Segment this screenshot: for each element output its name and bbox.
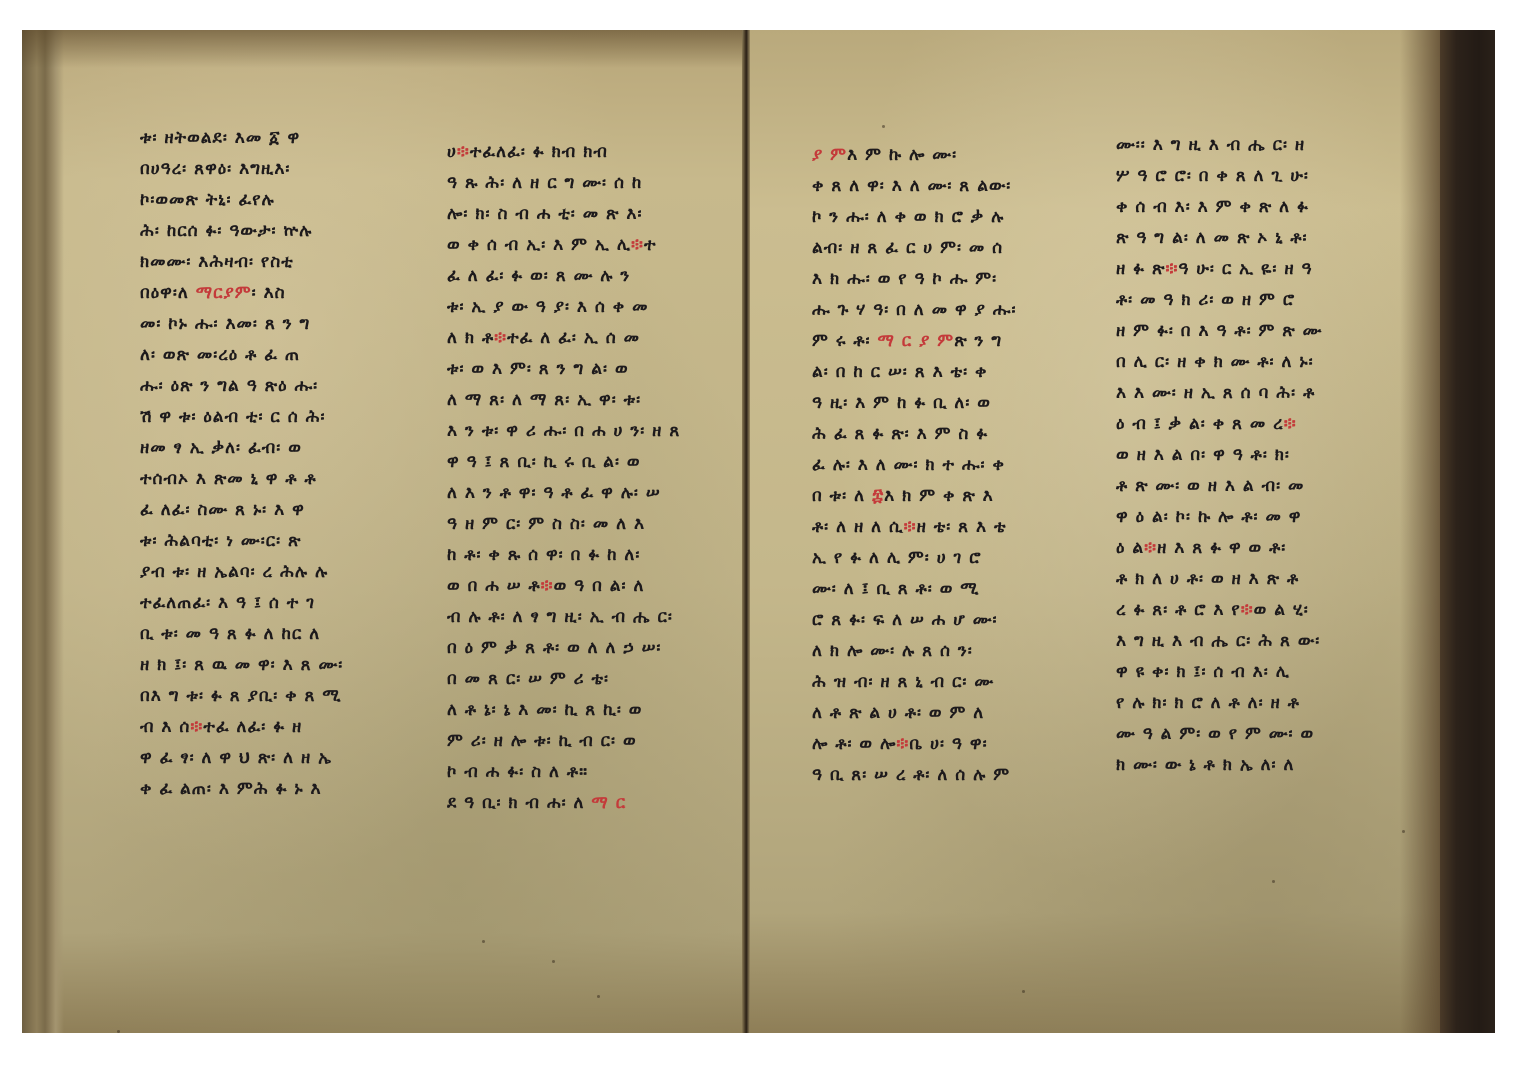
script-text: ሕ፡ ከርሰ ፉ፡ ዓውታ፡ ኵሉ [140, 221, 312, 241]
script-text: ቶ ክ ለ ሀ ቶ፡ ወ ዘ እ ጽ ቶ [1116, 569, 1299, 589]
script-text: ፈ ለ ፈ፡ ፉ ወ፡ ጸ ሙ ሉ ን [447, 266, 630, 286]
script-text: ዘ ክ ፤፡ ጸ ዉ መ ዋ፡ እ ጸ ሙ፡ [140, 655, 343, 675]
manuscript-line: ጽ ዓ ግ ል፡ ለ መ ጽ ኦ ኒ ቶ፡ [1116, 223, 1386, 254]
parchment-speck [1022, 990, 1025, 993]
manuscript-line: ዘ ክ ፤፡ ጸ ዉ መ ዋ፡ እ ጸ ሙ፡ [140, 650, 390, 681]
manuscript-line: ቶ፡ መ ዓ ክ ሪ፡ ወ ዘ ም ሮ [1116, 285, 1386, 316]
manuscript-line: ቱ፡ ወ እ ም፡ ጸ ን ግ ል፡ ወ [447, 354, 717, 385]
manuscript-line: ለ ቶ ጽ ል ሀ ቶ፡ ወ ም ለ [812, 698, 1062, 729]
script-text: ሙ ዓ ል ም፡ ወ የ ም ሙ፡ ወ [1116, 724, 1314, 744]
rubric-text: ፨ [896, 734, 909, 754]
script-text: ጽ ዓ ግ ል፡ ለ መ ጽ ኦ ኒ ቶ፡ [1116, 228, 1308, 248]
script-text: ም ሩ ቶ፡ [812, 331, 878, 351]
script-text: ሙ፡ ለ ፤ ቢ ጸ ቶ፡ ወ ሚ [812, 579, 979, 599]
script-text: ብ እ ሰ [140, 717, 190, 737]
script-text: ወ ል ሂ፡ [1254, 600, 1309, 620]
script-text: ዓ ሁ፡ ር ኢ ዬ፡ ዘ ዓ [1178, 259, 1312, 279]
manuscript-line: ለ ቶ ኔ፡ ኔ እ መ፡ ኪ ጸ ኪ፡ ወ [447, 695, 717, 726]
rubric-text: ፨ [1165, 259, 1178, 279]
manuscript-line: ዓ ዘ ም ር፡ ም ስ ስ፡ መ ለ እ [447, 509, 717, 540]
manuscript-line: ኮ፡ወመጽ ትኒ፡ ፈየሉ [140, 185, 390, 216]
script-text: ሑ ጉ ሃ ዓ፡ በ ለ መ ዋ ያ ሑ፡ [812, 300, 1016, 320]
script-text: ዘ ፉ ጽ [1116, 259, 1165, 279]
manuscript-line: ያ ምእ ም ኩ ሎ ሙ፡ [812, 140, 1062, 171]
script-text: ዓ ቢ ጸ፡ ሠ ረ ቶ፡ ለ ሰ ሉ ም [812, 765, 1010, 785]
parchment-speck [1272, 880, 1275, 883]
script-text: ዘ ቴ፡ ጸ እ ቴ [917, 517, 1007, 537]
manuscript-line: ወ ዘ እ ል በ፡ ዋ ዓ ቶ፡ ክ፡ [1116, 440, 1386, 471]
script-text: ዋ ዓ ፤ ጸ ቢ፡ ኪ ሩ ቢ ል፡ ወ [447, 452, 641, 472]
manuscript-line: ዘ ፉ ጽ፨ዓ ሁ፡ ር ኢ ዬ፡ ዘ ዓ [1116, 254, 1386, 285]
script-text: እ ግ ዚ እ ብ ሔ ር፡ ሕ ጸ ው፡ [1116, 631, 1320, 651]
manuscript-line: ቶ ጽ ሙ፡ ወ ዘ እ ል ብ፡ መ [1116, 471, 1386, 502]
manuscript-photo: ቱ፡ ዘትወልደ፡ እመ ፩ ዋበሀዓረ፡ ጸዋዕ፡ እግዚእ፡ኮ፡ወመጽ ትኒ… [22, 30, 1495, 1033]
manuscript-line: ዋ ዩ ቀ፡ ክ ፤፡ ሰ ብ እ፡ ሊ [1116, 657, 1386, 688]
script-text: ሮ ጸ ፉ፡ ፍ ለ ሠ ሐ ሆ ሙ፡ [812, 610, 998, 630]
parchment-speck [117, 1030, 120, 1033]
manuscript-line: መ፡ ኮኑ ሑ፡ እመ፡ ጸ ን ግ [140, 309, 390, 340]
script-text: ለ እ ን ቶ ዋ፡ ዓ ቶ ፈ ዋ ሉ፡ ሠ [447, 483, 661, 503]
right-page-column-1: ያ ምእ ም ኩ ሎ ሙ፡ቀ ጸ ለ ዋ፡ እ ለ ሙ፡ ጸ ልው፡ኮ ን ሑ፡… [812, 140, 1062, 791]
script-text: ክመሙ፡ እሕዛብ፡ የስቲ [140, 252, 294, 272]
script-text: እ ን ቱ፡ ዋ ሪ ሑ፡ በ ሐ ሀ ን፡ ዘ ጸ [447, 421, 680, 441]
script-text: ተሰብኦ እ ጽመ ኒ ዋ ቶ ቶ [140, 469, 317, 489]
rubric-text: ያ ም [812, 145, 847, 165]
script-text: በ ሊ ር፡ ዘ ቀ ክ ሙ ቶ፡ ለ ኑ፡ [1116, 352, 1314, 372]
parchment-speck [482, 940, 485, 943]
script-text: ለ ማ ጸ፡ ለ ማ ጸ፡ ኢ ዋ፡ ቱ፡ [447, 390, 641, 410]
script-text: ለ ቶ ጽ ል ሀ ቶ፡ ወ ም ለ [812, 703, 984, 723]
script-text: ዕ ል [1116, 538, 1144, 558]
script-text: ተፈ ለ ፈ፡ ኢ ሰ መ [507, 328, 640, 348]
script-text: ሕ ዝ ብ፡ ዘ ጸ ኒ ብ ር፡ ሙ [812, 672, 994, 692]
manuscript-line: ደ ዓ ቢ፡ ክ ብ ሐ፡ ለ ማ ር [447, 788, 717, 819]
manuscript-line: ቀ ሰ ብ እ፡ እ ም ቀ ጽ ለ ፉ [1116, 192, 1386, 223]
manuscript-line: ዘመ ፃ ኢ ቃለ፡ ፈብ፡ ወ [140, 433, 390, 464]
rubric-text: ማ ር [591, 793, 626, 813]
script-text: ኢ የ ፉ ለ ሊ ም፡ ሀ ገ ሮ [812, 548, 982, 568]
script-text: ለ፡ ወጽ መ፡ረዕ ቶ ፈ ጠ [140, 345, 300, 365]
manuscript-line: ለ ክ ቶ፨ተፈ ለ ፈ፡ ኢ ሰ መ [447, 323, 717, 354]
manuscript-line: ተሰብኦ እ ጽመ ኒ ዋ ቶ ቶ [140, 464, 390, 495]
manuscript-line: ሙ ዓ ል ም፡ ወ የ ም ሙ፡ ወ [1116, 719, 1386, 750]
script-text: ረ ፉ ጸ፡ ቶ ሮ እ የ [1116, 600, 1241, 620]
manuscript-line: ም ሩ ቶ፡ ማ ር ያ ምጽ ን ግ [812, 326, 1062, 357]
script-text: ዘመ ፃ ኢ ቃለ፡ ፈብ፡ ወ [140, 438, 302, 458]
manuscript-line: ሑ ጉ ሃ ዓ፡ በ ለ መ ዋ ያ ሑ፡ [812, 295, 1062, 326]
script-text: ለ ክ ሎ ሙ፡ ሉ ጸ ሰ ን፡ [812, 641, 973, 661]
manuscript-line: ዓ ቢ ጸ፡ ሠ ረ ቶ፡ ለ ሰ ሉ ም [812, 760, 1062, 791]
script-text: ለ ቶ ኔ፡ ኔ እ መ፡ ኪ ጸ ኪ፡ ወ [447, 700, 642, 720]
rubric-text: ማርያም [196, 283, 252, 303]
parchment-speck [882, 125, 885, 128]
script-text: ሦ ዓ ሮ ሮ፡ በ ቀ ጸ ለ ጊ ሁ፡ [1116, 166, 1309, 186]
script-text: ቤ ሀ፡ ዓ ዋ፡ [909, 734, 987, 754]
script-text: ቶ፡ መ ዓ ክ ሪ፡ ወ ዘ ም ሮ [1116, 290, 1295, 310]
parchment-speck [1402, 830, 1405, 833]
manuscript-line: ሀ፨ተፈለፈ፡ ፉ ክብ ክብ [447, 137, 717, 168]
script-text: ቀ ጸ ለ ዋ፡ እ ለ ሙ፡ ጸ ልው፡ [812, 176, 1011, 196]
script-text: ዕ ብ ፤ ቃ ል፡ ቀ ጸ መ ረ [1116, 414, 1284, 434]
manuscript-line: ኮ ን ሑ፡ ለ ቀ ወ ክ ሮ ቃ ሉ [812, 202, 1062, 233]
manuscript-line: ለ ክ ሎ ሙ፡ ሉ ጸ ሰ ን፡ [812, 636, 1062, 667]
rubric-text: ፨ [190, 717, 203, 737]
manuscript-line: ተፈለጠፈ፡ እ ዓ ፤ ሰ ተ ገ [140, 588, 390, 619]
script-text: ሑ፡ ዕጽ ን ግል ዓ ጽዕ ሑ፡ [140, 376, 318, 396]
script-text: ወ ቀ ሰ ብ ኢ፡ እ ም ኢ ሊ [447, 235, 631, 255]
script-text: ተፈለፈ፡ ፉ ክብ ክብ [470, 142, 608, 162]
script-text: ያብ ቱ፡ ዘ ኤልባ፡ ረ ሕሉ ሉ [140, 562, 328, 582]
manuscript-line: ዓ ጹ ሕ፡ ለ ዘ ር ግ ሙ፡ ሰ ከ [447, 168, 717, 199]
manuscript-line: እ ግ ዚ እ ብ ሔ ር፡ ሕ ጸ ው፡ [1116, 626, 1386, 657]
manuscript-line: ቀ ፈ ልጠ፡ እ ምሕ ፉ ኑ እ [140, 774, 390, 805]
manuscript-line: ለ ማ ጸ፡ ለ ማ ጸ፡ ኢ ዋ፡ ቱ፡ [447, 385, 717, 416]
rubric-text: ፨ [1144, 538, 1157, 558]
manuscript-line: ቢ ቱ፡ መ ዓ ጸ ፉ ለ ከር ለ [140, 619, 390, 650]
manuscript-line: ሑ፡ ዕጽ ን ግል ዓ ጽዕ ሑ፡ [140, 371, 390, 402]
script-text: እ ክ ም ቀ ጽ እ [884, 486, 994, 506]
manuscript-line: ቶ ክ ለ ሀ ቶ፡ ወ ዘ እ ጽ ቶ [1116, 564, 1386, 595]
manuscript-line: የ ሉ ክ፡ ክ ሮ ለ ቶ ለ፡ ዘ ቶ [1116, 688, 1386, 719]
script-text: ል፡ በ ከ ር ሠ፡ ጸ እ ቴ፡ ቀ [812, 362, 987, 382]
manuscript-line: ቱ፡ ኢ ያ ው ዓ ያ፡ እ ሰ ቀ መ [447, 292, 717, 323]
gutter-fold [742, 30, 750, 1033]
script-text: ቱ፡ ወ እ ም፡ ጸ ን ግ ል፡ ወ [447, 359, 629, 379]
rubric-text: ፨ [631, 235, 644, 255]
left-page-column-2: ሀ፨ተፈለፈ፡ ፉ ክብ ክብዓ ጹ ሕ፡ ለ ዘ ር ግ ሙ፡ ሰ ከሎ፡ ክ… [447, 137, 717, 819]
script-text: ኮ ብ ሐ ፉ፡ ስ ለ ቶ። [447, 762, 588, 782]
manuscript-line: ብ ሉ ቶ፡ ለ ፃ ግ ዚ፡ ኢ ብ ሔ ር፡ [447, 602, 717, 633]
manuscript-line: ቀ ጸ ለ ዋ፡ እ ለ ሙ፡ ጸ ልው፡ [812, 171, 1062, 202]
manuscript-line: ወ ቀ ሰ ብ ኢ፡ እ ም ኢ ሊ፨ተ [447, 230, 717, 261]
manuscript-line: ለ እ ን ቶ ዋ፡ ዓ ቶ ፈ ዋ ሉ፡ ሠ [447, 478, 717, 509]
manuscript-line: ዋ ዓ ፤ ጸ ቢ፡ ኪ ሩ ቢ ል፡ ወ [447, 447, 717, 478]
manuscript-line: ቱ፡ ዘትወልደ፡ እመ ፩ ዋ [140, 123, 390, 154]
script-text: ተፈ ለፈ፡ ፉ ዘ [203, 717, 302, 737]
right-page: 142 ያ ምእ ም ኩ ሎ ሙ፡ቀ ጸ ለ ዋ፡ እ ለ ሙ፡ ጸ ልው፡ኮ … [750, 30, 1440, 1033]
book-binding [1440, 30, 1495, 1033]
manuscript-line: ልብ፡ ዘ ጸ ፈ ር ሀ ም፡ መ ሰ [812, 233, 1062, 264]
script-text: ዋ ዩ ቀ፡ ክ ፤፡ ሰ ብ እ፡ ሊ [1116, 662, 1290, 682]
script-text: መ፡ ኮኑ ሑ፡ እመ፡ ጸ ን ግ [140, 314, 310, 334]
script-text: ፈ ሉ፡ እ ለ ሙ፡ ክ ተ ሑ፡ ቀ [812, 455, 1005, 475]
script-text: ልብ፡ ዘ ጸ ፈ ር ሀ ም፡ መ ሰ [812, 238, 1003, 258]
script-text: ኮ ን ሑ፡ ለ ቀ ወ ክ ሮ ቃ ሉ [812, 207, 1004, 227]
manuscript-line: ሕ ፈ ጸ ፉ ጽ፡ እ ም ስ ፉ [812, 419, 1062, 450]
rubric-text: ፨ [494, 328, 507, 348]
script-text: ዓ ዚ፡ እ ም ከ ፉ ቢ ለ፡ ወ [812, 393, 991, 413]
manuscript-line: ክ ሙ፡ ው ኔ ቶ ክ ኤ ለ፡ ለ [1116, 750, 1386, 781]
script-text: ቀ ፈ ልጠ፡ እ ምሕ ፉ ኑ እ [140, 779, 322, 799]
script-text: ዓ ዘ ም ር፡ ም ስ ስ፡ መ ለ እ [447, 514, 645, 534]
script-text: ዓ ጹ ሕ፡ ለ ዘ ር ግ ሙ፡ ሰ ከ [447, 173, 642, 193]
manuscript-line: እ እ ሙ፡ ዘ ኢ ጸ ሰ ባ ሕ፡ ቶ [1116, 378, 1386, 409]
parchment-speck [552, 960, 555, 963]
script-text: በእ ግ ቱ፡ ፉ ጸ ያቢ፡ ቀ ጸ ሚ [140, 686, 342, 706]
script-text: ዘ እ ጸ ፉ ዋ ወ ቶ፡ [1157, 538, 1286, 558]
script-text: ቱ፡ ሕልባቲ፡ ነ ሙ፡ር፡ ጽ [140, 531, 301, 551]
script-text: በ ዕ ም ቃ ጸ ቶ፡ ወ ለ ለ ኃ ሠ፡ [447, 638, 661, 658]
manuscript-line: ወ በ ሐ ሠ ቶ፨ወ ዓ በ ል፡ ለ [447, 571, 717, 602]
rubric-text: ፨ [457, 142, 470, 162]
manuscript-line: ሮ ጸ ፉ፡ ፍ ለ ሠ ሐ ሆ ሙ፡ [812, 605, 1062, 636]
script-text: እ እ ሙ፡ ዘ ኢ ጸ ሰ ባ ሕ፡ ቶ [1116, 383, 1315, 403]
script-text: እ ክ ሑ፡ ወ የ ዓ ኮ ሑ ም፡ [812, 269, 997, 289]
manuscript-line: ዓ ዚ፡ እ ም ከ ፉ ቢ ለ፡ ወ [812, 388, 1062, 419]
script-text: ወ ዘ እ ል በ፡ ዋ ዓ ቶ፡ ክ፡ [1116, 445, 1290, 465]
manuscript-line: በ ቱ፡ ለ ፰እ ክ ም ቀ ጽ እ [812, 481, 1062, 512]
manuscript-line: ዋ ፈ ፃ፡ ለ ዋ ህ ጽ፡ ለ ዘ ኤ [140, 743, 390, 774]
manuscript-line: ዘ ም ፉ፡ በ እ ዓ ቶ፡ ም ጽ ሙ [1116, 316, 1386, 347]
script-text: ከ ቶ፡ ቀ ጹ ሰ ዋ፡ በ ፉ ከ ለ፡ [447, 545, 640, 565]
script-text: ወ ዓ በ ል፡ ለ [554, 576, 645, 596]
script-text: ብ ሉ ቶ፡ ለ ፃ ግ ዚ፡ ኢ ብ ሔ ር፡ [447, 607, 673, 627]
manuscript-line: በዕዋ፡ለ ማርያም፡ እስ [140, 278, 390, 309]
rubric-text: ማ ር ያ ም [878, 331, 955, 351]
manuscript-line: ሕ ዝ ብ፡ ዘ ጸ ኒ ብ ር፡ ሙ [812, 667, 1062, 698]
manuscript-line: እ ን ቱ፡ ዋ ሪ ሑ፡ በ ሐ ሀ ን፡ ዘ ጸ [447, 416, 717, 447]
manuscript-line: ሙ፡ ለ ፤ ቢ ጸ ቶ፡ ወ ሚ [812, 574, 1062, 605]
manuscript-line: ሎ ቶ፡ ወ ሎ፨ቤ ሀ፡ ዓ ዋ፡ [812, 729, 1062, 760]
manuscript-line: ብ እ ሰ፨ተፈ ለፈ፡ ፉ ዘ [140, 712, 390, 743]
manuscript-line: ቱ፡ ሕልባቲ፡ ነ ሙ፡ር፡ ጽ [140, 526, 390, 557]
manuscript-line: ሦ ዓ ሮ ሮ፡ በ ቀ ጸ ለ ጊ ሁ፡ [1116, 161, 1386, 192]
script-text: ፡ እስ [252, 283, 286, 303]
manuscript-line: በ ዕ ም ቃ ጸ ቶ፡ ወ ለ ለ ኃ ሠ፡ [447, 633, 717, 664]
script-text: በ መ ጸ ር፡ ሠ ም ሪ ቴ፡ [447, 669, 609, 689]
manuscript-line: ፈ ሉ፡ እ ለ ሙ፡ ክ ተ ሑ፡ ቀ [812, 450, 1062, 481]
script-text: ለ ክ ቶ [447, 328, 494, 348]
rubric-text: ፰ [872, 486, 884, 506]
manuscript-line: ዕ ል፨ዘ እ ጸ ፉ ዋ ወ ቶ፡ [1116, 533, 1386, 564]
manuscript-line: ክመሙ፡ እሕዛብ፡ የስቲ [140, 247, 390, 278]
left-page-column-1: ቱ፡ ዘትወልደ፡ እመ ፩ ዋበሀዓረ፡ ጸዋዕ፡ እግዚእ፡ኮ፡ወመጽ ትኒ… [140, 123, 390, 805]
manuscript-line: ዕ ብ ፤ ቃ ል፡ ቀ ጸ መ ረ፨ [1116, 409, 1386, 440]
script-text: ክ ሙ፡ ው ኔ ቶ ክ ኤ ለ፡ ለ [1116, 755, 1294, 775]
script-text: ቶ ጽ ሙ፡ ወ ዘ እ ል ብ፡ መ [1116, 476, 1304, 496]
manuscript-line: ል፡ በ ከ ር ሠ፡ ጸ እ ቴ፡ ቀ [812, 357, 1062, 388]
manuscript-line: ም ሪ፡ ዘ ሎ ቱ፡ ኪ ብ ር፡ ወ [447, 726, 717, 757]
left-page: ቱ፡ ዘትወልደ፡ እመ ፩ ዋበሀዓረ፡ ጸዋዕ፡ እግዚእ፡ኮ፡ወመጽ ትኒ… [22, 30, 745, 1033]
manuscript-line: ቶ፡ ለ ዘ ለ ሲ፨ዘ ቴ፡ ጸ እ ቴ [812, 512, 1062, 543]
script-text: በዕዋ፡ለ [140, 283, 196, 303]
script-text: ደ ዓ ቢ፡ ክ ብ ሐ፡ ለ [447, 793, 591, 813]
script-text: ፈ ለፈ፡ ስሙ ጸ ኑ፡ እ ዋ [140, 500, 305, 520]
script-text: ቶ፡ ለ ዘ ለ ሲ [812, 517, 904, 537]
manuscript-line: ኮ ብ ሐ ፉ፡ ስ ለ ቶ። [447, 757, 717, 788]
script-text: ዘ ም ፉ፡ በ እ ዓ ቶ፡ ም ጽ ሙ [1116, 321, 1322, 341]
manuscript-line: በሀዓረ፡ ጸዋዕ፡ እግዚእ፡ [140, 154, 390, 185]
manuscript-line: ሽ ዋ ቱ፡ ዕልብ ቲ፡ ር ሰ ሕ፡ [140, 402, 390, 433]
script-text: ሙ፡፡ እ ግ ዚ እ ብ ሔ ር፡ ዘ [1116, 135, 1305, 155]
script-text: ሕ ፈ ጸ ፉ ጽ፡ እ ም ስ ፉ [812, 424, 988, 444]
manuscript-line: እ ክ ሑ፡ ወ የ ዓ ኮ ሑ ም፡ [812, 264, 1062, 295]
rubric-text: ፨ [1241, 600, 1254, 620]
manuscript-line: ያብ ቱ፡ ዘ ኤልባ፡ ረ ሕሉ ሉ [140, 557, 390, 588]
rubric-text: ፨ [1284, 414, 1297, 434]
manuscript-line: ለ፡ ወጽ መ፡ረዕ ቶ ፈ ጠ [140, 340, 390, 371]
script-text: ዋ ዕ ል፡ ኮ፡ ኩ ሎ ቶ፡ መ ዋ [1116, 507, 1301, 527]
script-text: ዋ ፈ ፃ፡ ለ ዋ ህ ጽ፡ ለ ዘ ኤ [140, 748, 332, 768]
manuscript-line: ረ ፉ ጸ፡ ቶ ሮ እ የ፨ወ ል ሂ፡ [1116, 595, 1386, 626]
script-text: ተፈለጠፈ፡ እ ዓ ፤ ሰ ተ ገ [140, 593, 315, 613]
manuscript-line: ከ ቶ፡ ቀ ጹ ሰ ዋ፡ በ ፉ ከ ለ፡ [447, 540, 717, 571]
manuscript-line: ሎ፡ ክ፡ ስ ብ ሐ ቲ፡ መ ጽ እ፡ [447, 199, 717, 230]
manuscript-line: በእ ግ ቱ፡ ፉ ጸ ያቢ፡ ቀ ጸ ሚ [140, 681, 390, 712]
script-text: ሎ፡ ክ፡ ስ ብ ሐ ቲ፡ መ ጽ እ፡ [447, 204, 642, 224]
script-text: ቢ ቱ፡ መ ዓ ጸ ፉ ለ ከር ለ [140, 624, 320, 644]
manuscript-line: ሕ፡ ከርሰ ፉ፡ ዓውታ፡ ኵሉ [140, 216, 390, 247]
script-text: በሀዓረ፡ ጸዋዕ፡ እግዚእ፡ [140, 159, 290, 179]
script-text: ሀ [447, 142, 457, 162]
script-text: እ ም ኩ ሎ ሙ፡ [847, 145, 957, 165]
manuscript-line: ፈ ለፈ፡ ስሙ ጸ ኑ፡ እ ዋ [140, 495, 390, 526]
script-text: ኮ፡ወመጽ ትኒ፡ ፈየሉ [140, 190, 275, 210]
manuscript-line: ዋ ዕ ል፡ ኮ፡ ኩ ሎ ቶ፡ መ ዋ [1116, 502, 1386, 533]
manuscript-line: ኢ የ ፉ ለ ሊ ም፡ ሀ ገ ሮ [812, 543, 1062, 574]
script-text: ሎ ቶ፡ ወ ሎ [812, 734, 896, 754]
script-text: ወ በ ሐ ሠ ቶ [447, 576, 541, 596]
parchment-speck [597, 995, 600, 998]
manuscript-line: ፈ ለ ፈ፡ ፉ ወ፡ ጸ ሙ ሉ ን [447, 261, 717, 292]
manuscript-line: ሙ፡፡ እ ግ ዚ እ ብ ሔ ር፡ ዘ [1116, 130, 1386, 161]
script-text: ተ [644, 235, 656, 255]
rubric-text: ፨ [904, 517, 917, 537]
script-text: ቀ ሰ ብ እ፡ እ ም ቀ ጽ ለ ፉ [1116, 197, 1309, 217]
manuscript-line: በ ሊ ር፡ ዘ ቀ ክ ሙ ቶ፡ ለ ኑ፡ [1116, 347, 1386, 378]
script-text: ቱ፡ ኢ ያ ው ዓ ያ፡ እ ሰ ቀ መ [447, 297, 648, 317]
rubric-text: ፨ [541, 576, 554, 596]
script-text: ቱ፡ ዘትወልደ፡ እመ ፩ ዋ [140, 128, 300, 148]
script-text: ጽ ን ግ [954, 331, 1002, 351]
script-text: ሽ ዋ ቱ፡ ዕልብ ቲ፡ ር ሰ ሕ፡ [140, 407, 326, 427]
right-page-column-2: ሙ፡፡ እ ግ ዚ እ ብ ሔ ር፡ ዘሦ ዓ ሮ ሮ፡ በ ቀ ጸ ለ ጊ ሁ… [1116, 130, 1386, 781]
manuscript-line: በ መ ጸ ር፡ ሠ ም ሪ ቴ፡ [447, 664, 717, 695]
script-text: በ ቱ፡ ለ [812, 486, 872, 506]
script-text: የ ሉ ክ፡ ክ ሮ ለ ቶ ለ፡ ዘ ቶ [1116, 693, 1300, 713]
script-text: ም ሪ፡ ዘ ሎ ቱ፡ ኪ ብ ር፡ ወ [447, 731, 637, 751]
